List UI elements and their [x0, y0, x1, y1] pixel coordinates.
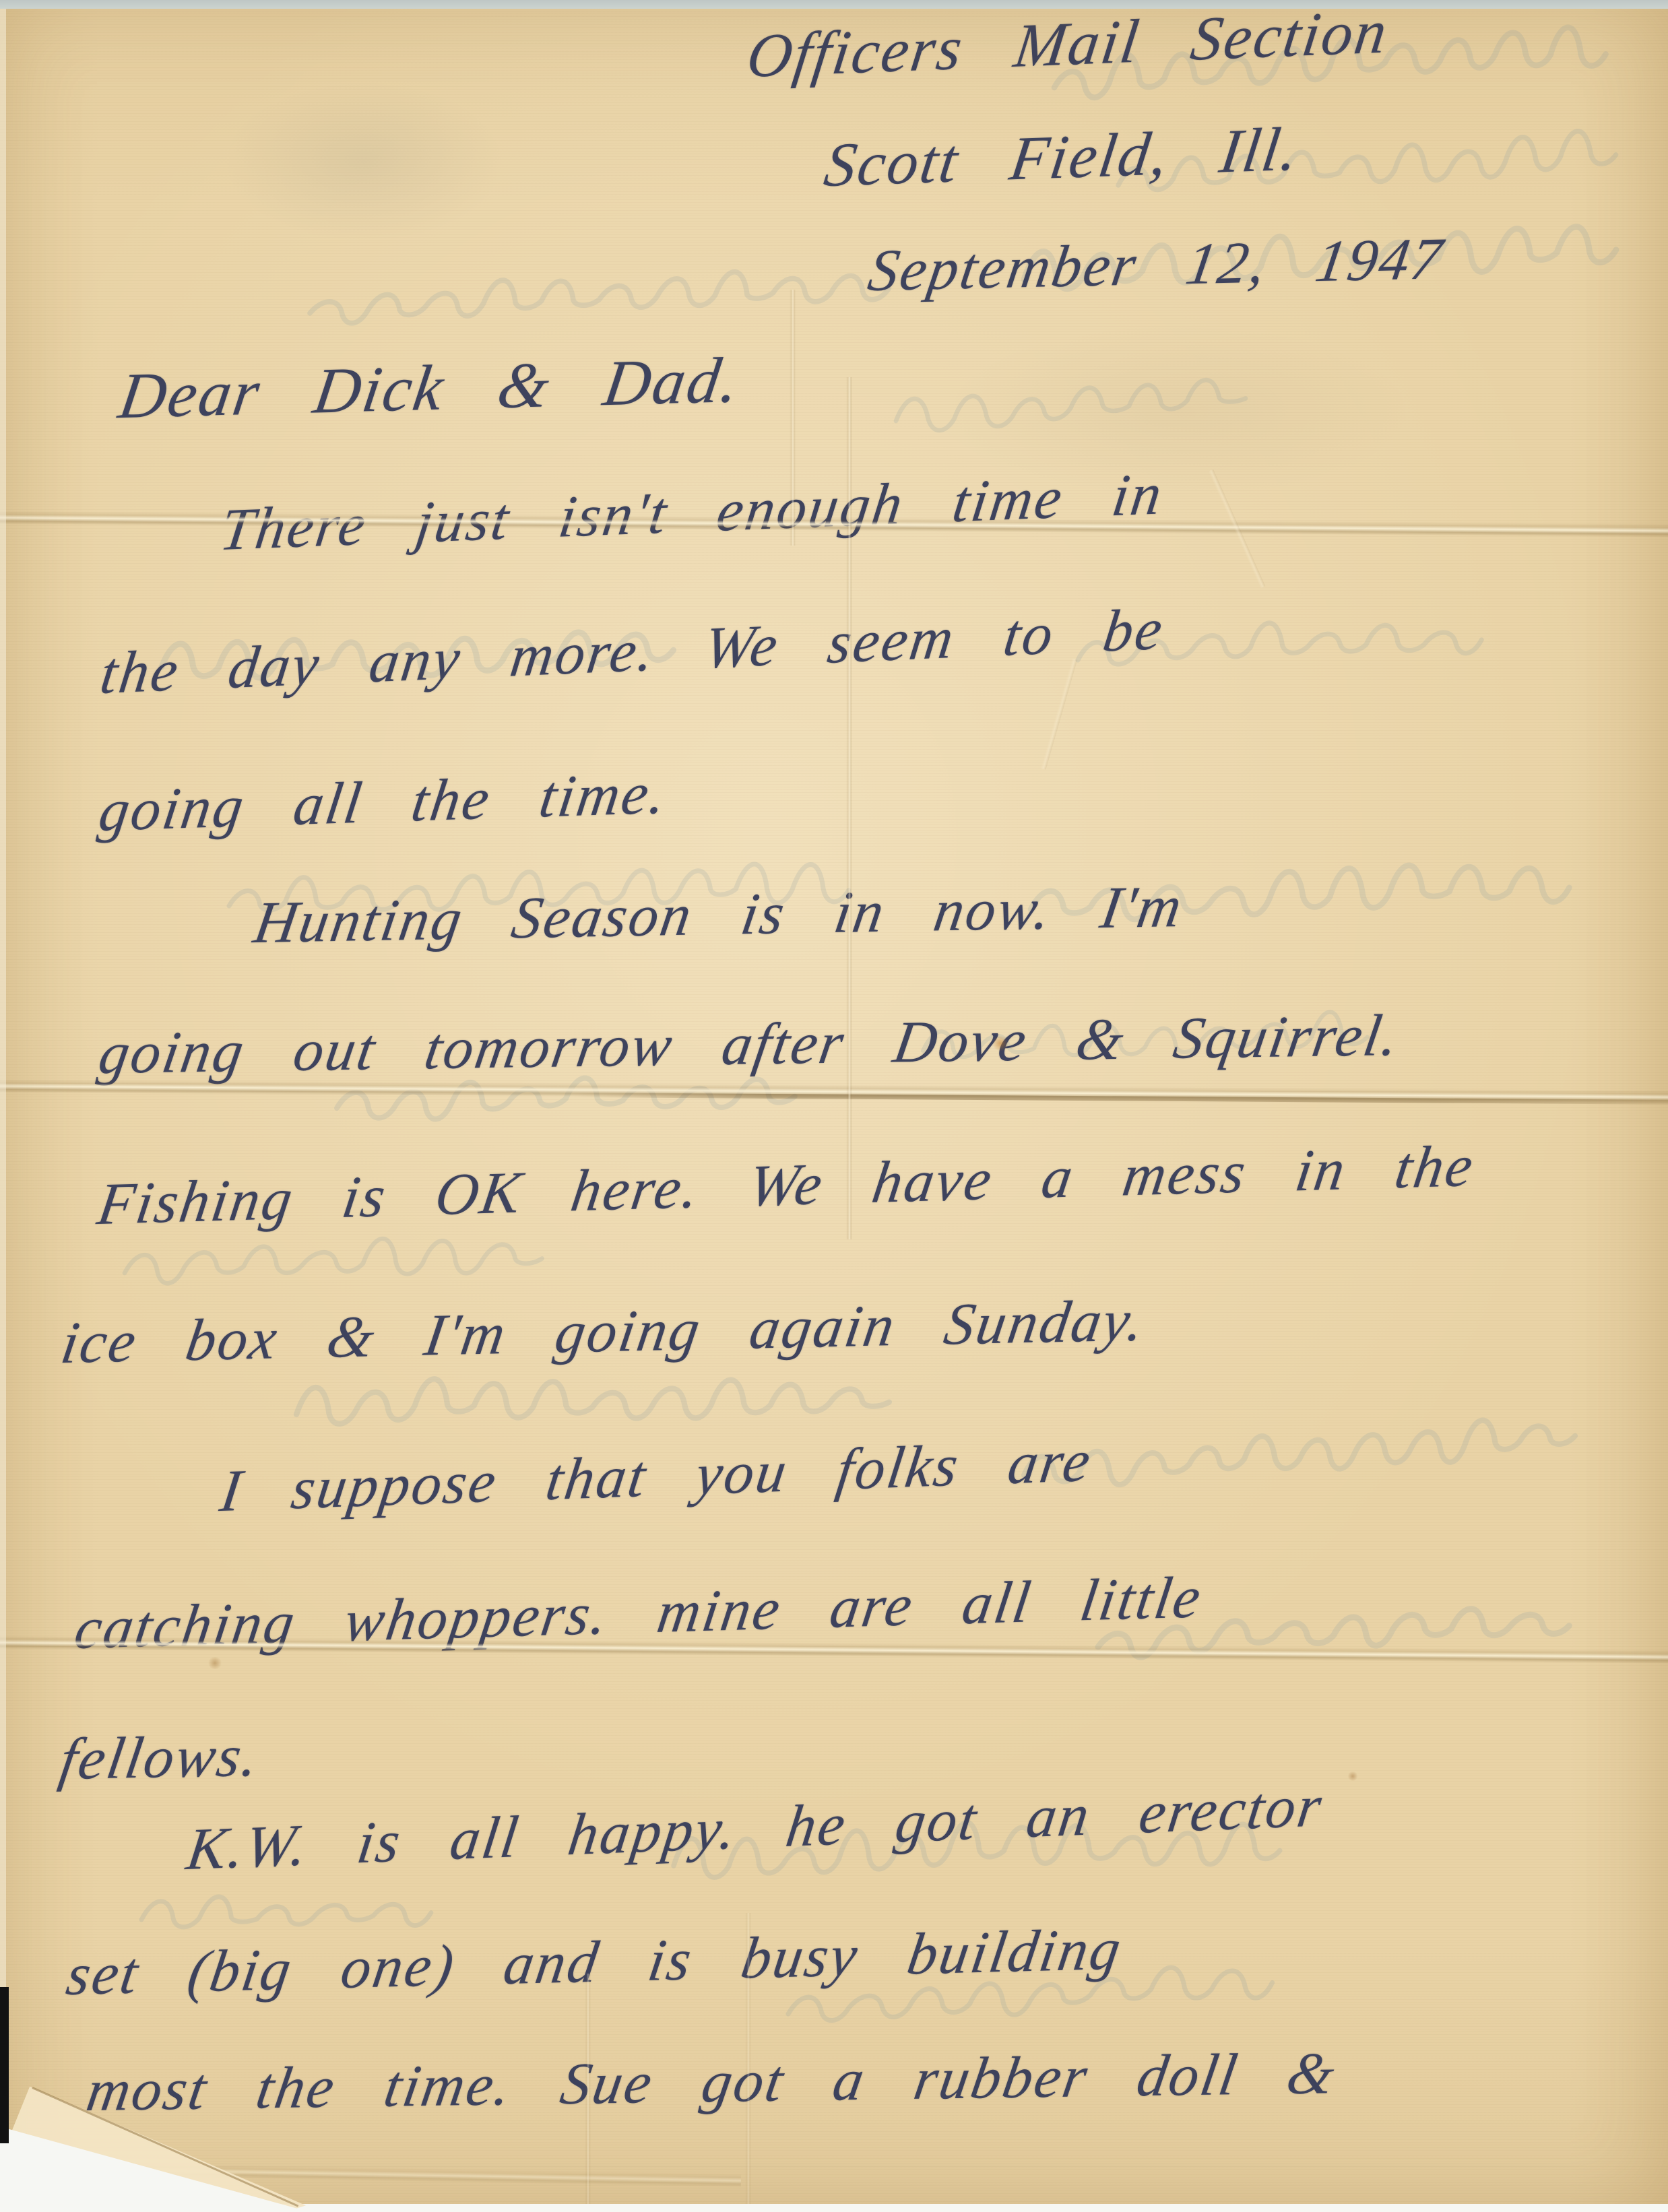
scanner-edge-top: [0, 0, 1668, 9]
edge-vignette: [0, 0, 1668, 2212]
scanned-letter-page: Officers Mail Section Scott Field, Ill. …: [0, 0, 1668, 2212]
paper-left-edge: [0, 0, 6, 2212]
scanner-edge-left: [0, 1987, 9, 2143]
